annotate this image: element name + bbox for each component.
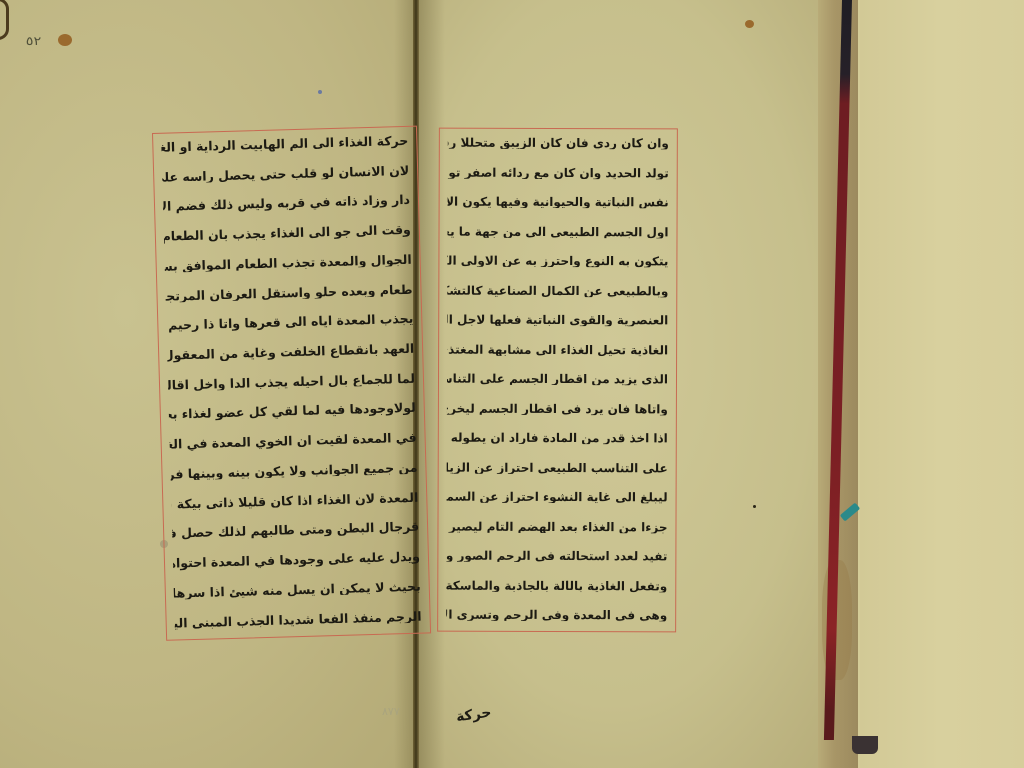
text-line: تولد الحديد وان كان مع ردائه اصفر تولد ا…: [448, 166, 669, 179]
text-line: وهي في المعدة وفي الرحم وتسري الاعضاء وا…: [446, 609, 667, 622]
text-line: العنصرية والقوى النباتية فعلها لاجل الشخ…: [447, 314, 668, 327]
text-line: يجذب المعدة اياه الى قعرها واتا ذا رحيم …: [166, 313, 413, 332]
text-line: وان كان ردي فان كان الزيبق متحللا رفيعا …: [448, 137, 669, 150]
stain-spot: [318, 90, 322, 94]
text-line: وقت الى جو الى الغذاء يجذب بان الطعام من…: [164, 224, 411, 243]
text-line: في المعدة لقيت ان الخوي المعدة في الغذاء…: [170, 432, 417, 451]
text-line: من جميع الجوانب ولا يكون بينه وبينها فرج…: [170, 462, 417, 481]
text-line: الجوال والمعدة تجذب الطعام الموافق بسرعة…: [165, 254, 412, 273]
text-line: لان الانسان لو قلب حتى يحصل راسه على الا…: [162, 165, 409, 184]
text-line: وبالطبيعي عن الكمال الصناعية كالتشكلات ا…: [447, 284, 668, 297]
text-line: واتاها فان يرد في اقطار الجسم ليخرج عنه …: [447, 402, 668, 415]
right-text-block: وان كان ردي فان كان الزيبق متحللا رفيعا …: [437, 128, 678, 633]
left-text-block: حركة الغذاء الى الم الهابيت الرداية او ا…: [152, 126, 431, 641]
text-line: جزءا من الغذاء بعد الهضم التام ليصير مبد…: [446, 520, 667, 533]
text-line: لما للجماع بال احيله يجذب الدا واخل اقال…: [168, 373, 415, 392]
text-line: لولاوجودها فيه لما لقي كل عضو لغذاء بحسب…: [169, 402, 416, 421]
text-line: المعدة لان الغذاء اذا كان قليلا ذاتي بيك…: [171, 491, 418, 510]
faint-marginal-mark: ٨٧٧: [382, 705, 400, 718]
text-line: ويدل عليه على وجودها في المعدة احتواها ع…: [173, 551, 420, 570]
text-line: يتكون به النوع واحترز به عن الاولى الكما…: [447, 255, 668, 268]
text-line: العهد بانقطاع الخلفت وغاية من المعقول يج…: [167, 343, 414, 362]
stain-spot: [745, 20, 754, 28]
text-line: الرجم منفذ الفعا شديدا الجذب المبنى اليه…: [175, 610, 422, 629]
text-line: الذي يزيد من اقطار الجسم على التناسب الط…: [447, 373, 668, 386]
text-line: حركة الغذاء الى الم الهابيت الرداية او ا…: [161, 135, 408, 154]
text-line: اول الجسم الطبيعي آلي من جهة ما يغتذي وي…: [447, 225, 668, 238]
text-line: اذا اخذ قدر من المادة فاراد ان يطوله ويع…: [447, 432, 668, 445]
stain-spot: [58, 34, 72, 46]
text-line: طعام وبعده حلو واستقل العرفان المرتجرج ا…: [165, 283, 412, 302]
binding-corner: [852, 736, 878, 754]
text-line: ليبلغ الى غاية النشوء احتراز عن السمن وا…: [447, 491, 668, 504]
folio-number: ٥٢: [26, 34, 41, 48]
text-line: قرجال البطن ومتى طالبهم لذلك حصل في البط…: [172, 521, 419, 540]
page-corner-curl: [0, 0, 9, 40]
text-line: دار وزاد ذاته في قربه وليس ذلك فضم الاعل…: [163, 194, 410, 213]
text-line: على التناسب الطبيعي احتراز عن الزيادة ال…: [447, 461, 668, 474]
text-line: نفس النباتية والحيوانية وفيها يكون الاول…: [448, 196, 669, 209]
text-line: الغاذية تحيل الغذاء الى مشابهة المغتذي ل…: [447, 343, 668, 356]
stain-spot: [753, 505, 756, 508]
background-surface: [860, 0, 1024, 768]
text-line: وتفعل الغاذية بالآلة بالجاذبة والماسكة و…: [446, 579, 667, 592]
text-line: بحيث لا يمكن ان يسل منه شيئ اذا سرها بطأ…: [174, 580, 421, 599]
text-line: تفيد لعدد استحالته في الرحم الصور والقوى…: [446, 550, 667, 563]
